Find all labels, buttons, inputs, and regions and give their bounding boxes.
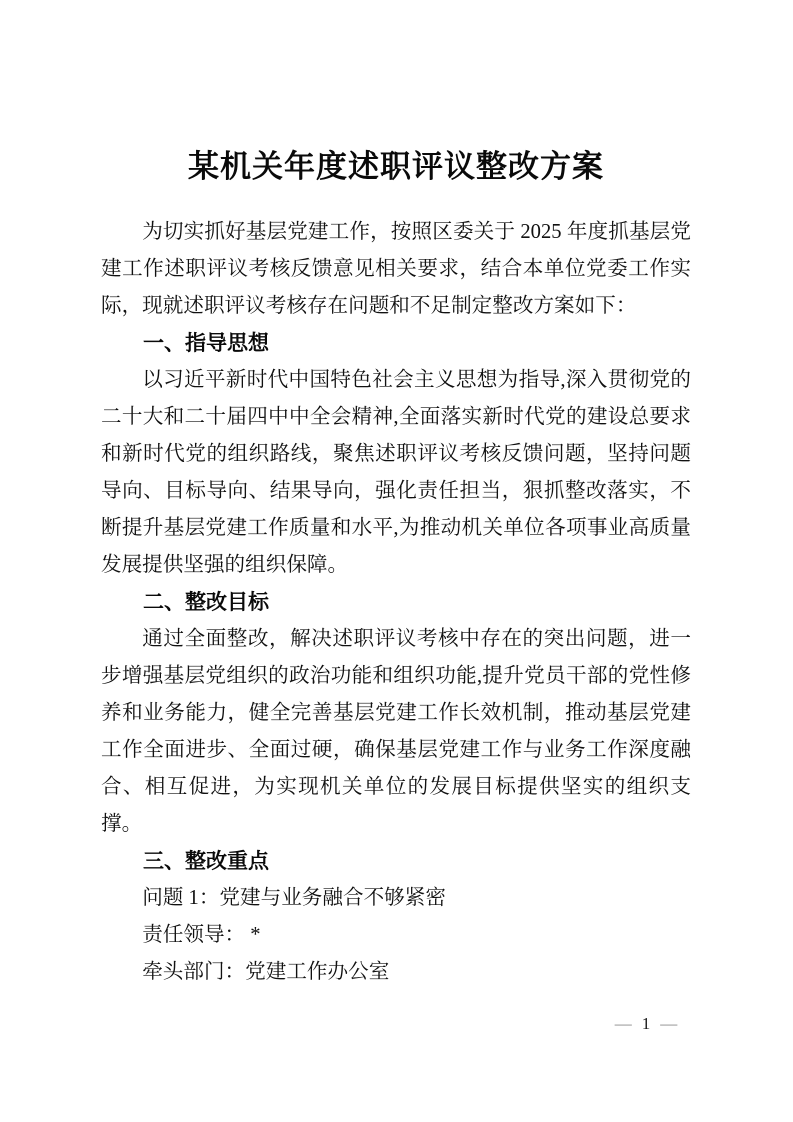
document-content: 某机关年度述职评议整改方案 为切实抓好基层党建工作，按照区委关于 2025 年度… [101,148,691,991]
lead-department-line: 牵头部门：党建工作办公室 [101,954,691,991]
section-2-paragraph: 通过全面整改，解决述职评议考核中存在的突出问题，进一步增强基层党组织的政治功能和… [101,621,691,843]
footer-dash-right: — [654,1014,683,1033]
intro-paragraph: 为切实抓好基层党建工作，按照区委关于 2025 年度抓基层党建工作述职评议考核反… [101,214,691,325]
document-page: 某机关年度述职评议整改方案 为切实抓好基层党建工作，按照区委关于 2025 年度… [0,0,793,1122]
responsible-leader-line: 责任领导： * [101,917,691,954]
page-footer: —1— [596,1010,696,1038]
document-title: 某机关年度述职评议整改方案 [101,148,691,186]
section-1-paragraph: 以习近平新时代中国特色社会主义思想为指导,深入贯彻党的二十大和二十届四中中全会精… [101,362,691,584]
section-heading-2: 二、整改目标 [101,584,691,621]
footer-dash-left: — [609,1014,638,1033]
problem-1-line: 问题 1：党建与业务融合不够紧密 [101,880,691,917]
section-heading-1: 一、指导思想 [101,325,691,362]
section-heading-3: 三、整改重点 [101,843,691,880]
page-number: 1 [638,1014,655,1033]
